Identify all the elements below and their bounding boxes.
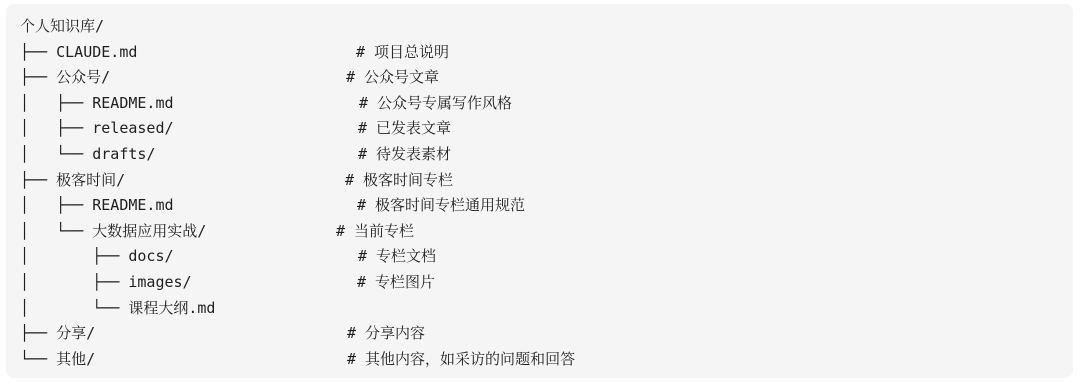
entry-comment: # 项目总说明 <box>356 40 449 66</box>
entry-comment: # 极客时间专栏通用规范 <box>357 193 525 219</box>
tree-row: │ └── drafts/# 待发表素材 <box>20 142 1057 168</box>
entry-name: 极客时间/ <box>56 171 125 189</box>
tree-row: 个人知识库/ <box>20 14 1057 40</box>
tree-row: ├── 分享/# 分享内容 <box>20 321 1057 347</box>
tree-branch-glyphs: │ ├── <box>20 196 92 214</box>
entry-comment: # 其他内容，如采访的问题和回答 <box>347 347 575 373</box>
tree-row: ├── 极客时间/# 极客时间专栏 <box>20 168 1057 194</box>
entry-name: docs/ <box>128 247 173 265</box>
entry-comment: # 公众号专属写作风格 <box>359 91 512 117</box>
tree-row: │ └── 课程大纲.md <box>20 296 1057 322</box>
entry-comment: # 已发表文章 <box>358 116 451 142</box>
tree-branch-glyphs: ├── <box>20 324 56 342</box>
entry-comment: # 专栏图片 <box>357 270 435 296</box>
tree-branch-glyphs: │ └── <box>20 145 92 163</box>
entry-comment: # 公众号文章 <box>346 65 439 91</box>
tree-branch-glyphs: ├── <box>20 43 56 61</box>
tree-row: │ ├── README.md# 极客时间专栏通用规范 <box>20 193 1057 219</box>
tree-row: │ ├── released/# 已发表文章 <box>20 116 1057 142</box>
entry-name: 公众号/ <box>56 68 110 86</box>
entry-name: released/ <box>92 119 173 137</box>
tree-branch-glyphs: │ ├── <box>20 119 92 137</box>
entry-name: 分享/ <box>56 324 95 342</box>
tree-row: │ ├── images/# 专栏图片 <box>20 270 1057 296</box>
directory-tree: 个人知识库/ ├── CLAUDE.md# 项目总说明 ├── 公众号/# 公众… <box>20 14 1057 372</box>
entry-comment: # 极客时间专栏 <box>345 168 453 194</box>
tree-row: └── 其他/# 其他内容，如采访的问题和回答 <box>20 347 1057 373</box>
tree-branch-glyphs: │ ├── <box>20 273 128 291</box>
tree-row: ├── 公众号/# 公众号文章 <box>20 65 1057 91</box>
entry-name: README.md <box>92 196 173 214</box>
entry-comment: # 分享内容 <box>347 321 425 347</box>
entry-comment: # 当前专栏 <box>336 219 414 245</box>
tree-branch-glyphs: │ └── <box>20 299 128 317</box>
entry-name: drafts/ <box>92 145 155 163</box>
tree-branch-glyphs: │ ├── <box>20 94 92 112</box>
entry-name: 其他/ <box>56 350 95 368</box>
tree-row: │ ├── README.md# 公众号专属写作风格 <box>20 91 1057 117</box>
entry-name: 个人知识库/ <box>20 17 104 35</box>
entry-comment: # 待发表素材 <box>358 142 451 168</box>
tree-row: │ ├── docs/# 专栏文档 <box>20 244 1057 270</box>
entry-name: README.md <box>92 94 173 112</box>
entry-comment: # 专栏文档 <box>358 244 436 270</box>
tree-branch-glyphs: │ └── <box>20 222 92 240</box>
tree-branch-glyphs: └── <box>20 350 56 368</box>
tree-row: │ └── 大数据应用实战/# 当前专栏 <box>20 219 1057 245</box>
tree-branch-glyphs: ├── <box>20 68 56 86</box>
tree-branch-glyphs: │ ├── <box>20 247 128 265</box>
entry-name: CLAUDE.md <box>56 43 137 61</box>
directory-tree-panel: 个人知识库/ ├── CLAUDE.md# 项目总说明 ├── 公众号/# 公众… <box>6 4 1073 378</box>
tree-row: ├── CLAUDE.md# 项目总说明 <box>20 40 1057 66</box>
entry-name: images/ <box>128 273 191 291</box>
tree-branch-glyphs: ├── <box>20 171 56 189</box>
entry-name: 大数据应用实战/ <box>92 222 206 240</box>
entry-name: 课程大纲.md <box>128 299 215 317</box>
